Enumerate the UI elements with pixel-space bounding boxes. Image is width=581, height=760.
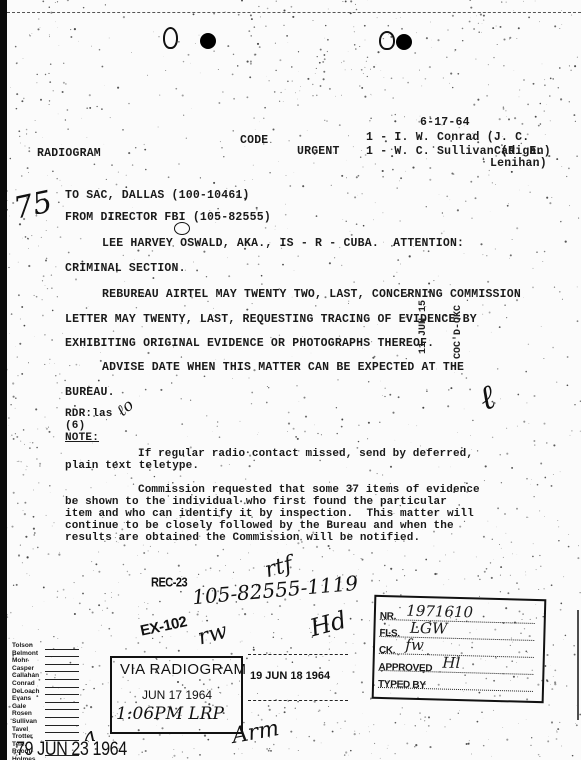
via-radiogram-time: 1:06PM LRP <box>116 704 224 724</box>
routing-list-item: Gale <box>12 703 79 711</box>
routing-list-item: Tolson <box>12 642 79 650</box>
recorded-stamp: REC-23 <box>151 576 187 590</box>
routing-name: Callahan <box>12 672 42 680</box>
routing-slip-box: NR.1971610FLS.LGWCK.fwAPPROVEDHlTYPED BY <box>372 595 547 703</box>
routing-line <box>45 679 79 680</box>
routing-line <box>45 717 79 718</box>
routing-list-item: Evans <box>12 695 79 703</box>
routing-name: Conrad <box>12 680 42 688</box>
vertical-stamp-date: 11 JUN 15 <box>418 300 429 354</box>
copy-line-1a: 1 - I. W. Conrad (J. C. <box>366 131 529 144</box>
punch-hole-left <box>200 33 216 49</box>
routing-name: Evans <box>12 695 42 703</box>
body-line-1: REBUREAU AIRTEL MAY TWENTY TWO, LAST, CO… <box>102 288 521 301</box>
routing-slip-value: fw <box>405 636 424 654</box>
routing-name: Gale <box>12 703 42 711</box>
routing-name: Tolson <box>12 642 42 650</box>
body-line-5: BUREAU. <box>65 386 115 399</box>
body-line-4: ADVISE DATE WHEN THIS MATTER CAN BE EXPE… <box>102 361 464 374</box>
handwritten-circle <box>174 222 190 235</box>
via-radiogram-date: JUN 17 1964 <box>142 688 212 702</box>
routing-slip-label: TYPED BY <box>378 679 426 691</box>
radiogram-label: RADIOGRAM <box>37 147 101 160</box>
received-stamp: 19 JUN 18 1964 <box>250 670 330 682</box>
body-line-2: LETTER MAY TWENTY, LAST, REQUESTING TRAC… <box>65 313 477 326</box>
date: 6-17-64 <box>420 116 470 129</box>
routing-line <box>45 709 79 710</box>
punch-ring-right <box>379 31 395 50</box>
note-para1-line2: plain text teletype. <box>65 460 199 473</box>
punch-ring-left <box>163 27 178 49</box>
routing-line <box>45 671 79 672</box>
routing-list-item: Belmont <box>12 650 79 658</box>
routing-slip-label: CK. <box>379 645 396 656</box>
copy-line-2b: Lenihan) <box>490 157 547 170</box>
routing-list-item: DeLoach <box>12 688 79 696</box>
routing-list-item: Casper <box>12 665 79 673</box>
routing-slip-row: FLS.LGW <box>379 622 534 641</box>
routing-slip-rows: NR.1971610FLS.LGWCK.fwAPPROVEDHlTYPED BY <box>376 597 544 601</box>
routing-list-item: Conrad <box>12 680 79 688</box>
copy-count: (6) <box>65 420 85 432</box>
note-para2-line1: Commission requested that some 37 items … <box>138 484 480 497</box>
routing-slip-label: NR. <box>380 611 397 622</box>
body-line-3: EXHIBITING ORIGINAL EVIDENCE OR PHOTOGRA… <box>65 337 434 350</box>
received-rule-bottom <box>248 700 348 701</box>
note-para2-line5: results are obtained the Commission will… <box>65 532 420 545</box>
routing-line <box>45 732 79 733</box>
urgent-label: URGENT <box>297 145 340 158</box>
to-line: TO SAC, DALLAS (100-10461) <box>65 189 250 202</box>
initials: RDR:las <box>65 408 113 420</box>
routing-slip-row: NR.1971610 <box>380 605 535 624</box>
note-label: NOTE: <box>65 432 99 444</box>
routing-slip-row: TYPED BY <box>378 673 533 692</box>
from-line: FROM DIRECTOR FBI (105-82555) <box>65 211 271 224</box>
via-radiogram-title: VIA RADIOGRAM <box>120 661 247 678</box>
routing-name: DeLoach <box>12 688 42 696</box>
routing-line <box>45 725 79 726</box>
routing-line <box>45 649 79 650</box>
note-para2-line3: item and who can identify it by inspecti… <box>65 508 474 521</box>
routing-line <box>45 687 79 688</box>
routing-list-item: Tavel <box>12 726 79 734</box>
routing-slip-value: Hl <box>442 654 460 672</box>
routing-line <box>45 702 79 703</box>
routing-name: Tavel <box>12 726 42 734</box>
subject-line-1: LEE HARVEY OSWALD, AKA., IS - R - CUBA. … <box>102 237 464 250</box>
routing-slip-label: FLS. <box>379 628 400 640</box>
routing-line <box>45 664 79 665</box>
scan-edge-right <box>577 610 579 720</box>
scan-edge-top <box>7 12 581 14</box>
ex-stamp: EX-102 <box>139 613 189 639</box>
routing-slip-value: LGW <box>410 619 448 638</box>
initial-signature: ℓ <box>474 377 501 419</box>
routing-list-item: Mohr <box>12 657 79 665</box>
initials-mark: ℓo <box>112 395 137 421</box>
routing-name: Mohr <box>12 657 42 665</box>
routing-name: Rosen <box>12 710 42 718</box>
via-radiogram-stamp: VIA RADIOGRAM JUN 17 1964 1:06PM LRP <box>110 656 243 734</box>
document-page: 6-17-64 CODE 1 - I. W. Conrad (J. C. Cad… <box>0 0 581 760</box>
margin-scribble: 75 <box>11 184 56 226</box>
vertical-stamp-coc: COC'D-OKC <box>453 305 464 359</box>
routing-line <box>45 656 79 657</box>
bottom-date-stamp: 79 JUN 23 1964 <box>16 739 127 760</box>
routing-name: Sullivan <box>12 718 42 726</box>
note-para1-line1: If regular radio contact missed, send by… <box>138 448 473 461</box>
subject-line-2: CRIMINAL SECTION. <box>65 262 186 275</box>
routing-list-item: Callahan <box>12 672 79 680</box>
routing-slip-row: APPROVEDHl <box>378 656 533 675</box>
routing-list-item: Rosen <box>12 710 79 718</box>
punch-hole-right <box>396 34 412 50</box>
handwritten-rw: rw <box>195 619 230 651</box>
scan-edge-left <box>0 0 7 760</box>
handwritten-signature-mid: Hd <box>307 606 349 642</box>
received-rule-top <box>248 654 348 655</box>
routing-name: Belmont <box>12 650 42 658</box>
routing-name: Casper <box>12 665 42 673</box>
code-label: CODE <box>240 134 268 147</box>
note-para2-line2: be shown to the individual who first fou… <box>65 496 447 509</box>
note-para2-line4: continue to be closely followed by the B… <box>65 520 454 533</box>
routing-line <box>45 694 79 695</box>
routing-list-item: Sullivan <box>12 718 79 726</box>
